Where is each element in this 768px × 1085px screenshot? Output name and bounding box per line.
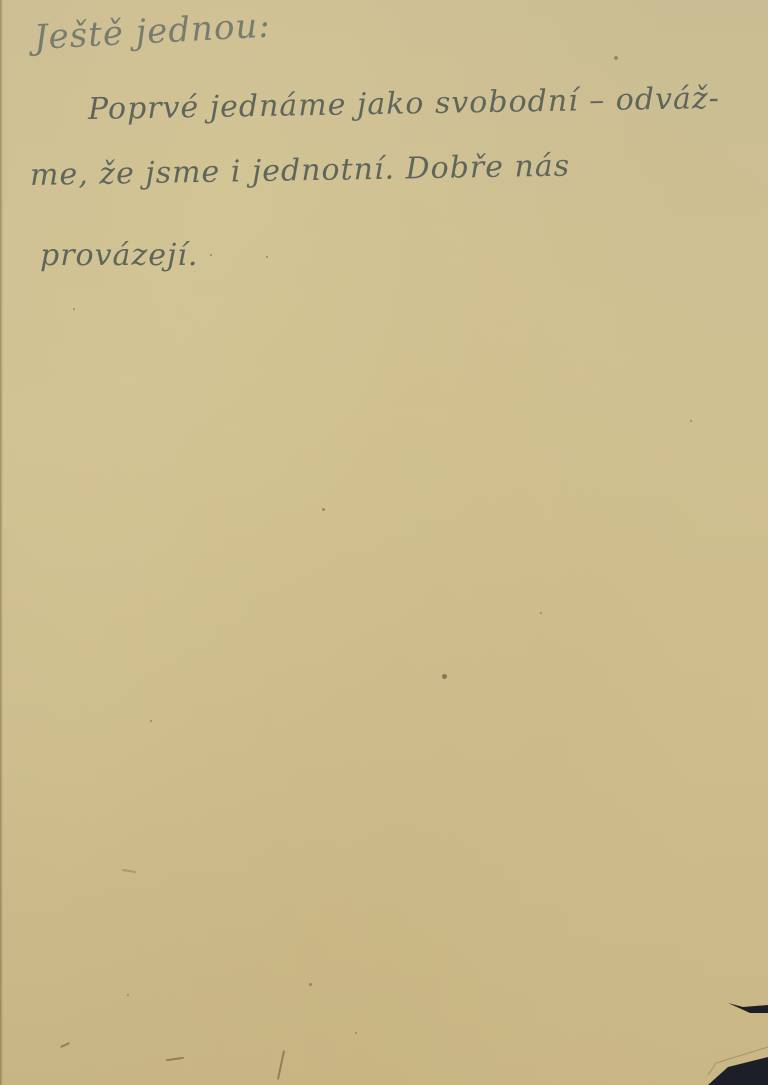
note-line-1: Poprvé jednáme jako svobodní – odváž- <box>88 81 720 127</box>
note-line-3: provázejí. <box>40 238 198 273</box>
note-heading: Ještě jednou: <box>33 6 272 58</box>
page-edge-shadow <box>0 0 3 1085</box>
note-line-2: me, že jsme i jednotní. Dobře nás <box>30 149 571 193</box>
torn-corner <box>688 975 768 1085</box>
scanned-page: Ještě jednou: Poprvé jednáme jako svobod… <box>0 0 768 1085</box>
